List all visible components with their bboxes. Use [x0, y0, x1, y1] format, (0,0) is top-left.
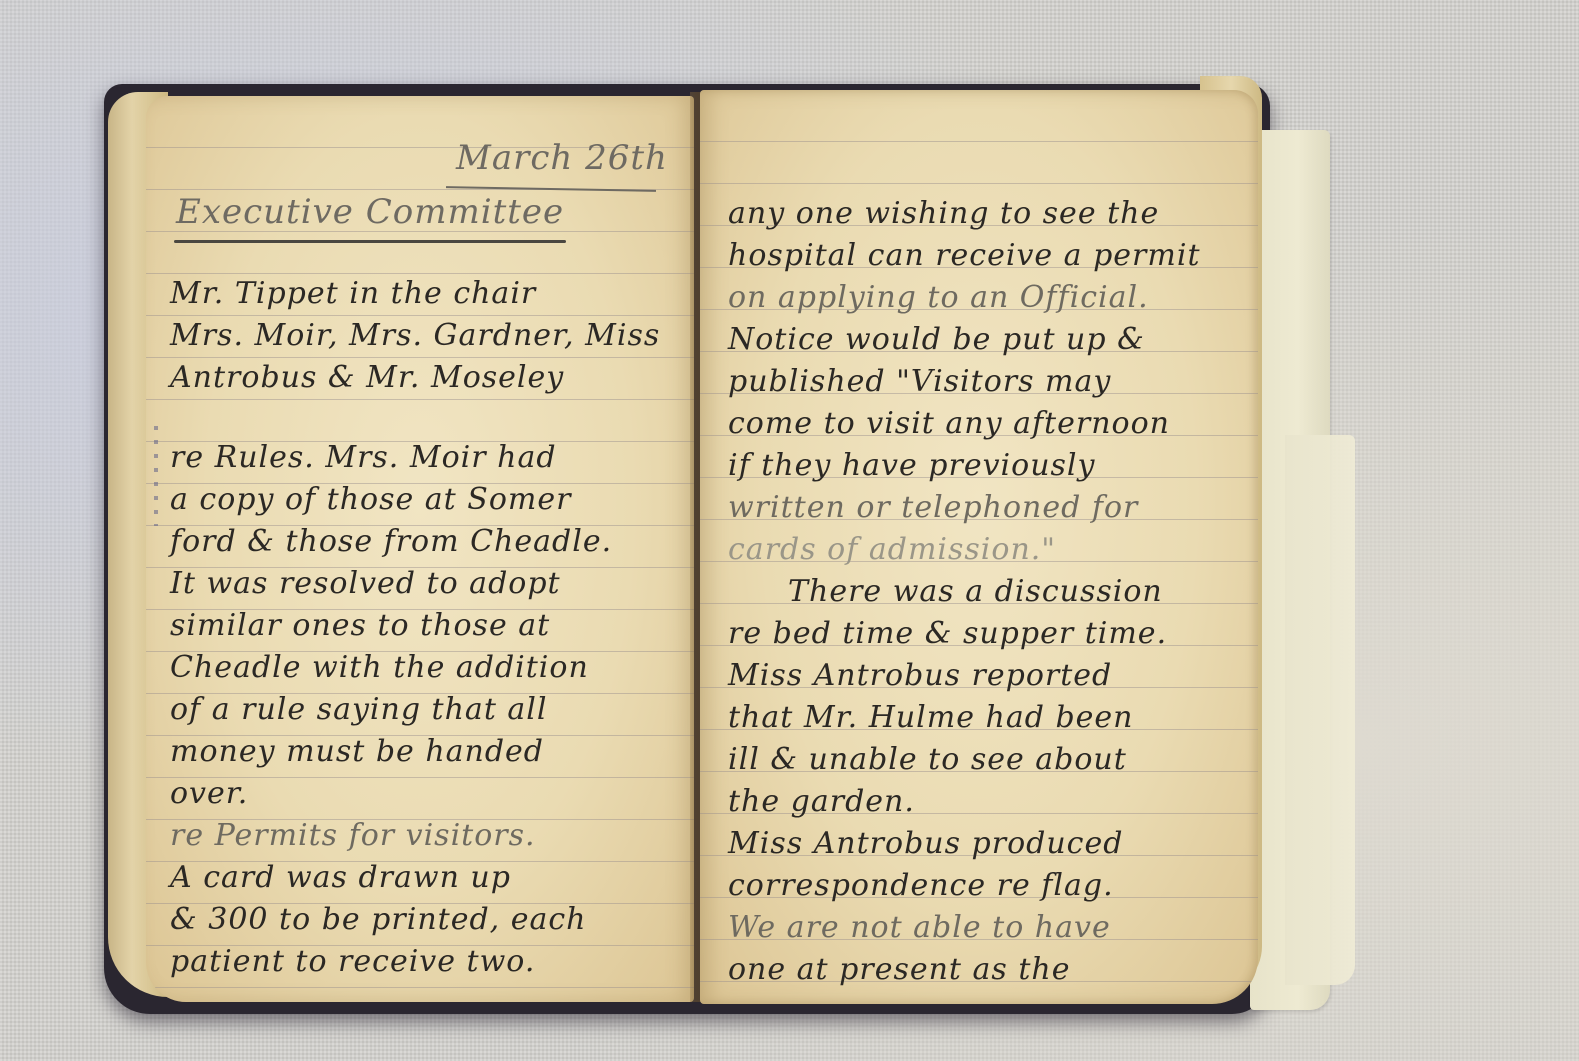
text-line: on applying to an Official. [728, 280, 1149, 315]
text-line: a copy of those at Somer [170, 482, 571, 517]
left-page: March 26th Executive Committee Mr. Tippe… [146, 96, 694, 1002]
text-line: come to visit any afternoon [728, 406, 1170, 441]
text-line: It was resolved to adopt [170, 566, 561, 601]
text-line: written or telephoned for [728, 490, 1138, 525]
text-line: Mrs. Moir, Mrs. Gardner, Miss [170, 318, 660, 353]
text-line: correspondence re flag. [728, 868, 1114, 903]
right-page: any one wishing to see the hospital can … [700, 90, 1258, 1004]
text-line: ill & unable to see about [728, 742, 1127, 777]
text-line: There was a discussion [788, 574, 1163, 609]
tissue-insert-fold [1285, 435, 1355, 985]
text-line: one at present as the [728, 952, 1070, 987]
text-line: the garden. [728, 784, 915, 819]
entry-date: March 26th [456, 138, 668, 178]
text-line: Mr. Tippet in the chair [170, 276, 536, 311]
text-line: We are not able to have [728, 910, 1111, 945]
text-line: cards of admission." [728, 532, 1056, 567]
heading-underline [174, 240, 566, 243]
text-line: Miss Antrobus produced [728, 826, 1123, 861]
text-line: over. [170, 776, 248, 811]
text-line: re Permits for visitors. [170, 818, 536, 853]
page-edge-mark [154, 426, 158, 526]
text-line: any one wishing to see the [728, 196, 1159, 231]
text-line: patient to receive two. [170, 944, 535, 979]
text-line: A card was drawn up [170, 860, 511, 895]
text-line: of a rule saying that all [170, 692, 548, 727]
text-line: re Rules. Mrs. Moir had [170, 440, 557, 475]
text-line: Cheadle with the addition [170, 650, 589, 685]
text-line: published "Visitors may [728, 364, 1111, 399]
text-line: re bed time & supper time. [728, 616, 1167, 651]
page-heading: Executive Committee [176, 192, 564, 232]
text-line: & 300 to be printed, each [170, 902, 587, 937]
text-line: Miss Antrobus reported [728, 658, 1112, 693]
text-line: if they have previously [728, 448, 1095, 483]
text-line: money must be handed [170, 734, 544, 769]
text-line: that Mr. Hulme had been [728, 700, 1134, 735]
text-line: similar ones to those at [170, 608, 550, 643]
text-line: Antrobus & Mr. Moseley [170, 360, 564, 395]
text-line: Notice would be put up & [728, 322, 1145, 357]
text-line: ford & those from Cheadle. [170, 524, 612, 559]
text-line: hospital can receive a permit [728, 238, 1201, 273]
